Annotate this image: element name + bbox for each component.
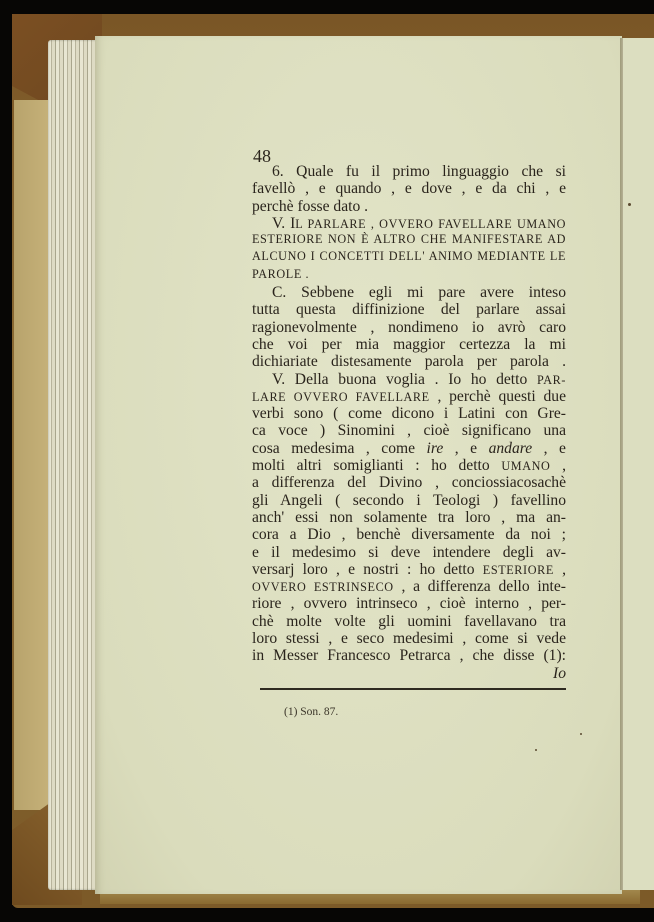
paper-speck	[628, 203, 631, 206]
text-fragment: cosa medesima , come	[252, 440, 427, 457]
text-fragment: V. I	[272, 215, 295, 232]
text-line: chè molte volte gli uomini favellavano t…	[252, 613, 566, 630]
text-line: cora a Dio , benchè diversamente da noi …	[252, 526, 566, 543]
text-fragment: V. Della buona voglia . Io ho detto	[272, 371, 537, 388]
text-line: ragionevolmente , nondimeno io avrò caro	[252, 319, 566, 336]
text-line-definition: esteriore non è altro che manifestare ad	[252, 232, 566, 249]
text-line: molti altri somiglianti : ho detto umano…	[252, 457, 566, 474]
text-fragment-caps: lare ovvero favellare	[252, 390, 430, 404]
text-line: gli Angeli ( secondo i Teologi ) favelli…	[252, 492, 566, 509]
text-fragment: , e	[532, 440, 566, 457]
catchword: Io	[252, 665, 566, 682]
text-line: V. Della buona voglia . Io ho detto par-	[252, 371, 566, 388]
text-fragment: ,	[554, 561, 566, 578]
text-fragment: molti altri somiglianti : ho detto	[252, 457, 501, 474]
catchword-text: Io	[553, 665, 566, 682]
text-line: versarj loro , e nostri : ho detto ester…	[252, 561, 566, 578]
text-fragment-italic: andare	[489, 440, 533, 457]
text-line: C. Sebbene egli mi pare avere inteso	[252, 284, 566, 301]
text-fragment: ,	[550, 457, 566, 474]
text-line: tutta questa diffinizione del parlare as…	[252, 301, 566, 318]
text-line: a differenza del Divino , conciossiacosa…	[252, 474, 566, 491]
text-line: dichiariate distesamente parola per paro…	[252, 353, 566, 370]
text-line: ca voce ) Sinomini , cioè significano un…	[252, 422, 566, 439]
text-line: favellò , e quando , e dove , e da chi ,…	[252, 180, 566, 197]
text-line: 6. Quale fu il primo linguaggio che si	[252, 163, 566, 180]
text-line-definition: V. Il parlare , ovvero favellare umano	[252, 215, 566, 232]
text-line: e il medesimo si deve intendere degli av…	[252, 544, 566, 561]
text-line: ovvero estrinseco , a differenza dello i…	[252, 578, 566, 595]
text-line: verbi sono ( come dicono i Latini con Gr…	[252, 405, 566, 422]
text-line: anch' essi non solamente tra loro , ma a…	[252, 509, 566, 526]
paper-speck	[580, 733, 582, 735]
text-line-definition: alcuno i concetti dell' animo mediante l…	[252, 249, 566, 266]
text-fragment: , a differenza dello inte-	[394, 578, 566, 595]
text-line: perchè fosse dato .	[252, 198, 566, 215]
text-fragment-caps: l parlare , ovvero favellare umano	[295, 217, 566, 231]
text-line: in Messer Francesco Petrarca , che disse…	[252, 647, 566, 664]
text-line: cosa medesima , come ire , e andare , e	[252, 440, 566, 457]
footnote-rule	[260, 688, 566, 690]
text-fragment-italic: ire	[427, 440, 444, 457]
paper-speck	[535, 749, 537, 751]
text-fragment-caps: par-	[537, 373, 566, 387]
text-line: che voi per mia maggior certezza la mi	[252, 336, 566, 353]
text-line-definition: parole .	[252, 267, 566, 284]
text-fragment-caps: umano	[501, 459, 550, 473]
footnote: (1) Son. 87.	[284, 706, 338, 718]
text-fragment: versarj loro , e nostri : ho detto	[252, 561, 483, 578]
text-line: riore , ovvero intrinseco , cioè interno…	[252, 595, 566, 612]
body-text: 6. Quale fu il primo linguaggio che si f…	[252, 163, 566, 682]
text-fragment: , e	[443, 440, 488, 457]
facing-page	[623, 38, 654, 890]
text-line: loro stessi , e seco medesimi , come si …	[252, 630, 566, 647]
text-fragment-caps: esteriore	[483, 563, 554, 577]
text-fragment: , perchè questi due	[430, 388, 566, 405]
text-line: lare ovvero favellare , perchè questi du…	[252, 388, 566, 405]
text-fragment-caps: ovvero estrinseco	[252, 580, 394, 594]
